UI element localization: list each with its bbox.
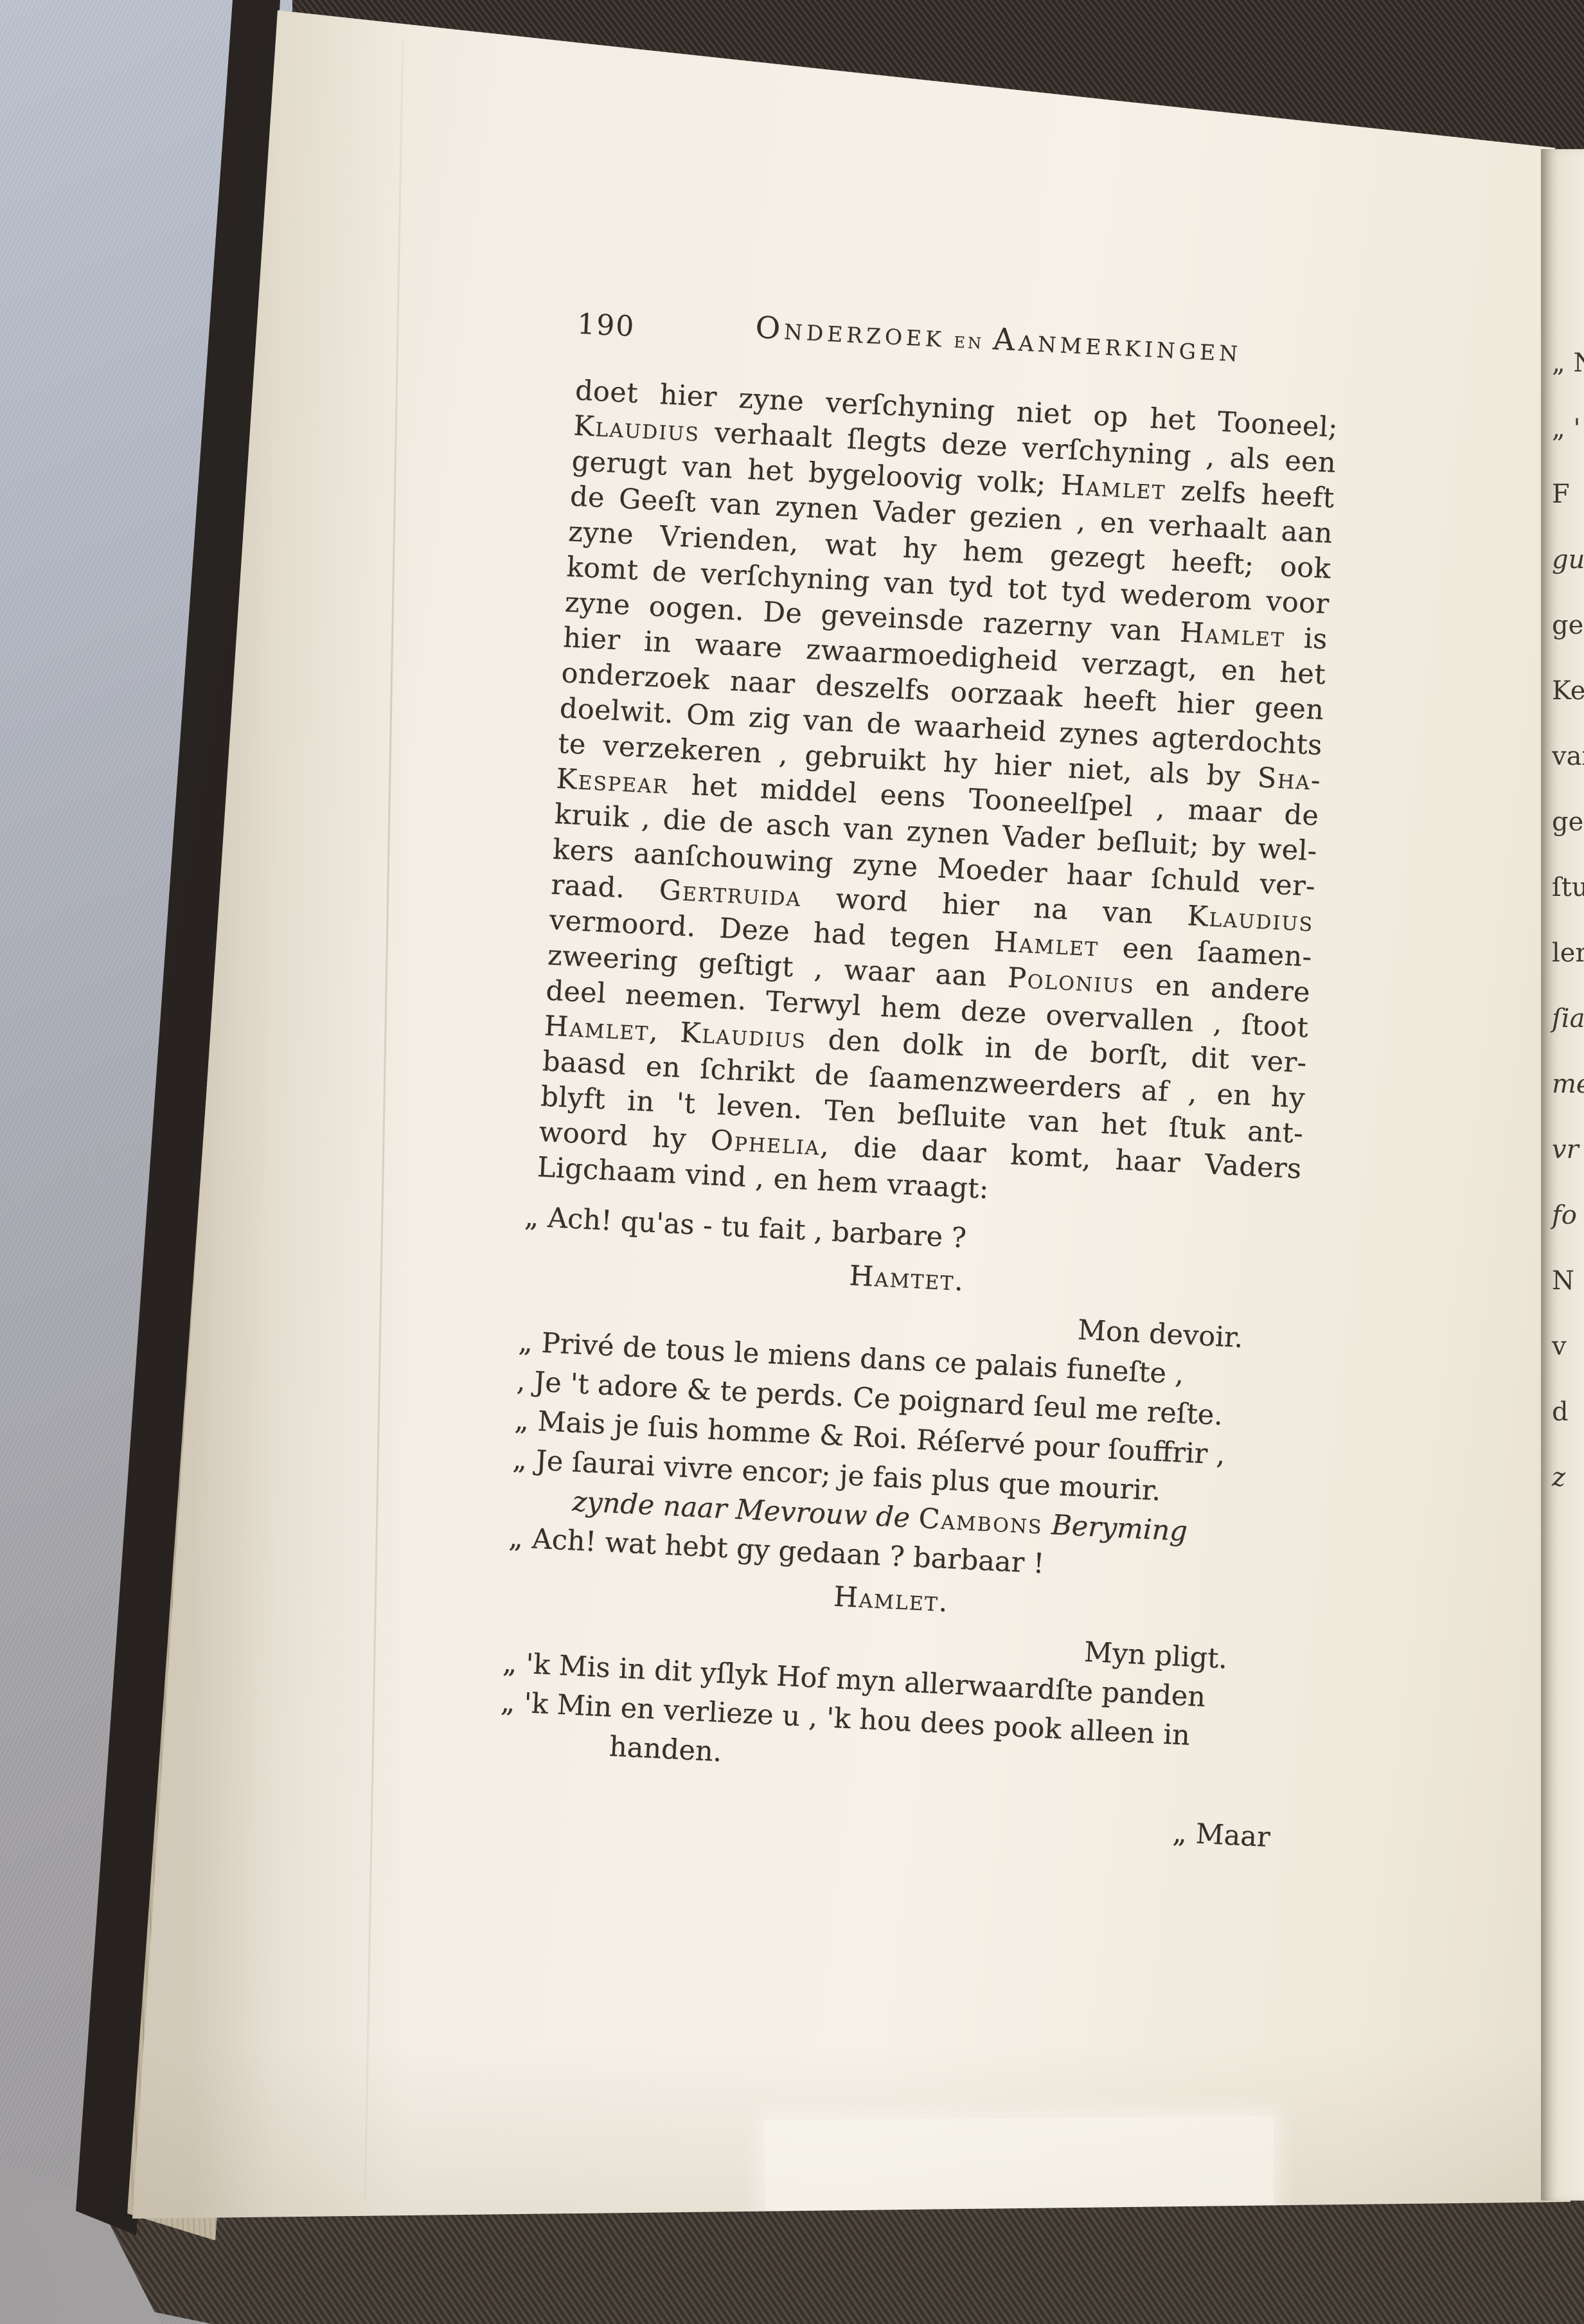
next-page-text-fragment: van: [1552, 742, 1584, 771]
body-text: doet hier zyne verſchyning niet op het T…: [526, 373, 1342, 1223]
next-page-text-fragment: gee: [1552, 611, 1584, 640]
repair-patch: [764, 2116, 1274, 2212]
next-page-text-fragment: d: [1552, 1397, 1569, 1427]
next-page-text-fragment: vr: [1552, 1135, 1579, 1165]
printed-text: 190 OnderzoekenAanmerkingen doet hier zy…: [495, 301, 1346, 1857]
next-page-text-fragment: N: [1552, 1266, 1574, 1296]
next-page-edge: „ N„ 'FgugeeKesvangelſtulerſiamevrfoNvdz: [1541, 149, 1584, 2201]
next-page-text-fragment: gel: [1552, 807, 1584, 837]
book-photo: { "colors": { "ink": "#35302a", "paper":…: [0, 0, 1584, 2324]
next-page-text-fragment: ler: [1552, 938, 1584, 968]
next-page-text-fragment: gu: [1552, 545, 1584, 575]
next-page-text-fragment: F: [1552, 479, 1570, 509]
next-page-text-fragment: Kes: [1552, 676, 1584, 706]
verse-quote-block: „ Ach! qu'as - tu fait , barbare ?Hamtet…: [495, 1197, 1302, 1857]
next-page-text-fragment: z: [1552, 1463, 1565, 1492]
running-title-conj: en: [954, 327, 984, 354]
next-page-text-fragment: „ ': [1552, 414, 1580, 443]
next-page-text-fragment: ſtu: [1552, 873, 1584, 902]
next-page-text-fragment: „ N: [1552, 348, 1584, 378]
next-page-text-fragment: fo: [1552, 1201, 1577, 1230]
next-page-text-fragment: ſia: [1552, 1004, 1584, 1033]
next-page-text-fragment: me: [1552, 1069, 1584, 1099]
page-number: 190: [576, 308, 636, 343]
next-page-text-fragment: v: [1552, 1332, 1567, 1361]
